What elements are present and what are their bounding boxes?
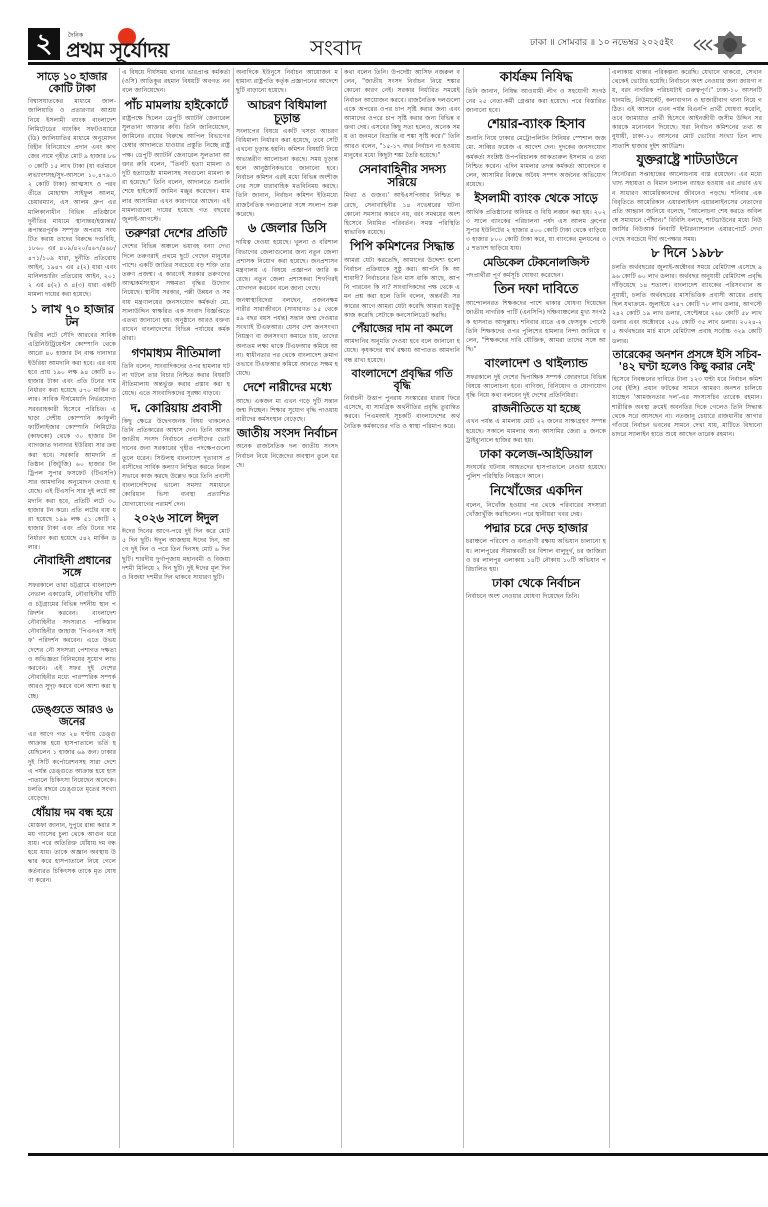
headline[interactable]: রাজনীতিতে যা হচ্ছে (466, 403, 606, 415)
column-divider (233, 68, 234, 1148)
headline[interactable]: যুক্তরাষ্ট্রে শাটডাউনে (612, 154, 762, 168)
article-body: আন্দোলনরত শিক্ষকদের পাশে থাকার ঘোষণা দিয… (466, 299, 606, 354)
bottom-rule (28, 1153, 768, 1156)
headline[interactable]: সাড়ে ১০ হাজার কোটি টাকা (28, 71, 116, 95)
headline[interactable]: পিপি কমিশনের সিদ্ধান্ত (344, 240, 460, 253)
article-body: শুনানি নিয়ে ঢাকার মেট্রোপলিটন সিনিয়র স… (466, 134, 606, 189)
column-divider (609, 68, 610, 1148)
article-body: দায়িত্ব দেওয়া হয়েছে। খুলনা ও বরিশাল ব… (236, 238, 338, 293)
article-body: তিনি বলেন, সাংবাদিকদের ওপর হামলার ঘটনা ঘ… (122, 362, 230, 399)
article-body: দ্বিতীয় লটে সৌদি আরবের সাবিক এগ্রিনিউট্… (28, 331, 116, 552)
article-body: রাষ্ট্রপক্ষে ছিলেন ডেপুটি অ্যাটর্নি জেনা… (122, 114, 230, 224)
article-body: আমদানির অনুমতি দেওয়া হবে বলে জানানো হয়… (344, 337, 460, 365)
column-3: অনাদিকে ইউনুসে নির্বাচন আয়োজন মহামান্য … (236, 68, 338, 1150)
article-body: তিনি জানান, নিষিদ্ধ আওয়ামী লীগ ও সহযোগী… (466, 87, 606, 115)
page-number: ২ (28, 28, 60, 60)
article-body: অনাদিকে ইউনুসে নির্বাচন আয়োজন মহামান্য … (236, 68, 338, 96)
article-body: মোস্তফা জানান, দুপুরে রান্না করার সময় গ… (28, 821, 116, 885)
headline[interactable]: ১ লাখ ৭০ হাজার টন (28, 303, 116, 329)
article-body: কিছু ক্ষেত্রে উদ্বেগজনক বিষয় থাকলেও তিন… (122, 417, 230, 509)
article-body: চলতি অর্থবছরের জুলাই-অক্টোবর সময়ে রেমিট… (612, 263, 762, 346)
article-body: এর আগে গত ২৪ ঘণ্টায় ডেঙ্গু আক্রান্ত হয়… (28, 730, 116, 804)
headline[interactable]: সেনাবাহিনীর সদস্য সরিয়ে (344, 163, 460, 189)
headline[interactable]: কার্যক্রম নিষিদ্ধ (466, 71, 606, 85)
headline[interactable]: তারেকের অনশন প্রসঙ্গে ইসি সচিব-'৪২ ঘণ্টা… (612, 349, 762, 373)
headline[interactable]: বাংলাদেশে প্রবৃদ্ধির গতি বৃদ্ধি (344, 368, 460, 392)
headline[interactable]: গণমাধ্যম নীতিমালা (122, 347, 230, 360)
article-body: চরাঞ্চলে পরিবেশ ও বন্যপ্রাণী রক্ষায় অভি… (466, 537, 606, 574)
article-body: বিশ্বাসঘাতকের মাধ্যমে জাল-জালিয়াতি ও প্… (28, 97, 116, 299)
article-body: এ বিষয়ে দীর্ঘসময় থানার ভারপ্রাপ্ত কর্ম… (122, 68, 230, 96)
headline[interactable]: মেডিকেল টেকনোলজিস্ট (466, 257, 606, 269)
headline[interactable]: ডেঙ্গুতে আরও ৬ জনের (28, 704, 116, 728)
column-divider (341, 68, 342, 1148)
article-body: পদপ্রার্থীরা পূর্ণ কর্মসূচি ঘোষণা করেছেন… (466, 271, 606, 280)
article-body: আছে। একজন মা এখন গড়ে দুটি সন্তান জন্ম দ… (236, 397, 338, 425)
headline[interactable]: ধোঁয়ায় দম বন্ধ হয়ে (28, 807, 116, 819)
article-body: হিসেবে নিবন্ধনের দাবিতে টানা ১২৩ ঘণ্টা ধ… (612, 375, 762, 439)
column-6: এলাকায় থাকার পরিকল্পনা করেছি। যেখানে থা… (612, 68, 762, 1150)
article-body: আর্থিক প্রতিষ্ঠানের অনিয়ম ও বিধি লঙ্ঘন … (466, 208, 606, 254)
article-body: সিনেটররা সপ্তাহান্তের আলোচনায় ব্যস্ত রয… (612, 170, 762, 244)
headline[interactable]: ৬ জেলার ডিসি (236, 222, 338, 236)
masthead: ২ দৈনিক প্রথম সূর্যোদয় সংবাদ ঢাকা ॥ সোম… (0, 0, 768, 62)
article-body: নির্বাচনী উত্তাপ পুনরায় সংস্কারের ধারায… (344, 394, 460, 431)
article-body: নির্বাচনে অংশ নেওয়ার ঘোষণা দিয়েছেন তিন… (466, 592, 606, 601)
column-divider (463, 68, 464, 1148)
headline[interactable]: বাংলাদেশ ও থাইল্যান্ড (466, 357, 606, 370)
article-body: অনেক রাজনৈতিক দল জাতীয় সংসদ নির্বাচন নি… (236, 442, 338, 470)
headline[interactable]: পেঁয়াজের দাম না কমলে (344, 323, 460, 335)
headline[interactable]: তরুণরা দেশের প্রতিটি (122, 227, 230, 240)
headline[interactable]: আচরণ বিধিমালা চূড়ান্ত (236, 99, 338, 125)
headline[interactable]: পদ্মার চরে দেড় হাজার (466, 522, 606, 535)
headline[interactable]: ঢাকা থেকে নির্বাচন (466, 577, 606, 590)
headline[interactable]: পাঁচ মামলায় হাইকোর্টে (122, 99, 230, 112)
article-body: আমরা যেটা করতেছি, আমাদের উদ্দেশ্য হলো নি… (344, 256, 460, 320)
article-body: সংলাপের বিষয়ে একটি খসড়া আচরণ বিধিমালা … (236, 127, 338, 219)
top-rule (28, 62, 768, 65)
article-body: সংঘর্ষের ঘটনায় আহতদের হাসপাতালে নেওয়া … (466, 463, 606, 481)
headline[interactable]: ৮ দিনে ১৯৮৮ (612, 247, 762, 261)
column-4: কথা বলেন তিনি। উপদেষ্টা আসিফ নজরুল বলেন,… (344, 68, 460, 1150)
article-body: কথা বলেন তিনি। উপদেষ্টা আসিফ নজরুল বলেন,… (344, 68, 460, 160)
column-1: সাড়ে ১০ হাজার কোটি টাকা বিশ্বাসঘাতকের ম… (28, 68, 116, 1150)
headline[interactable]: ঢাকা কলেজ-আইডিয়াল (466, 448, 606, 461)
article-body: সফরকালে তারা চট্টগ্রামে বাংলাদেশ নেভাল এ… (28, 581, 116, 701)
headline[interactable]: জাতীয় সংসদ নির্বাচন (236, 427, 338, 440)
headline[interactable]: তিন দফা দাবিতে (466, 283, 606, 297)
star-ornament-icon (690, 30, 750, 60)
article-body: বলেন, নিখোঁজ হওয়ার পর থেকে পরিবারের সদস… (466, 501, 606, 519)
headline[interactable]: শেয়ার-ব্যাংক হিসাব (466, 118, 606, 132)
article-body: দেশের বিভিন্ন অঞ্চলে ভয়াবহ বন্যা দেখা দ… (122, 242, 230, 343)
article-body: জনস্বাস্থ্যবিদেরা বলছেন, প্রজননক্ষম নারী… (236, 296, 338, 379)
headline[interactable]: নিখোঁজের একদিন (466, 485, 606, 499)
column-2: এ বিষয়ে দীর্ঘসময় থানার ভারপ্রাপ্ত কর্ম… (122, 68, 230, 1150)
headline[interactable]: নৌবাহিনী প্রধানের সঙ্গে (28, 555, 116, 579)
headline[interactable]: ইসলামী ব্যাংক থেকে সাড়ে (466, 192, 606, 205)
article-body: এলাকায় থাকার পরিকল্পনা করেছি। যেখানে থা… (612, 68, 762, 151)
dateline: ঢাকা ॥ সোমবার ॥ ১০ নভেম্বর ২০২৫ইং (530, 35, 673, 50)
article-body: এখন পর্যন্ত এ মামলায় মোট ২২ জনের সাক্ষ্… (466, 417, 606, 445)
headline[interactable]: দ. কোরিয়ায় প্রবাসী (122, 402, 230, 415)
article-body: সফরকালে দুই দেশের দ্বিপাক্ষিক সম্পর্ক জো… (466, 373, 606, 401)
headline[interactable]: দেশে নারীদের মধ্যে (236, 381, 338, 394)
article-body: ঈদের দিনের আগে-পরে দুই দিন করে মোট ৫ দিন… (122, 527, 230, 582)
headline[interactable]: ২০২৬ সালে ঈদুল (122, 512, 230, 525)
column-divider (119, 68, 120, 1148)
article-body: মিথ্যা ও গুজব।' আইএসপিআর নিশ্চিত করেছে, … (344, 191, 460, 237)
column-5: কার্যক্রম নিষিদ্ধ তিনি জানান, নিষিদ্ধ আও… (466, 68, 606, 1150)
